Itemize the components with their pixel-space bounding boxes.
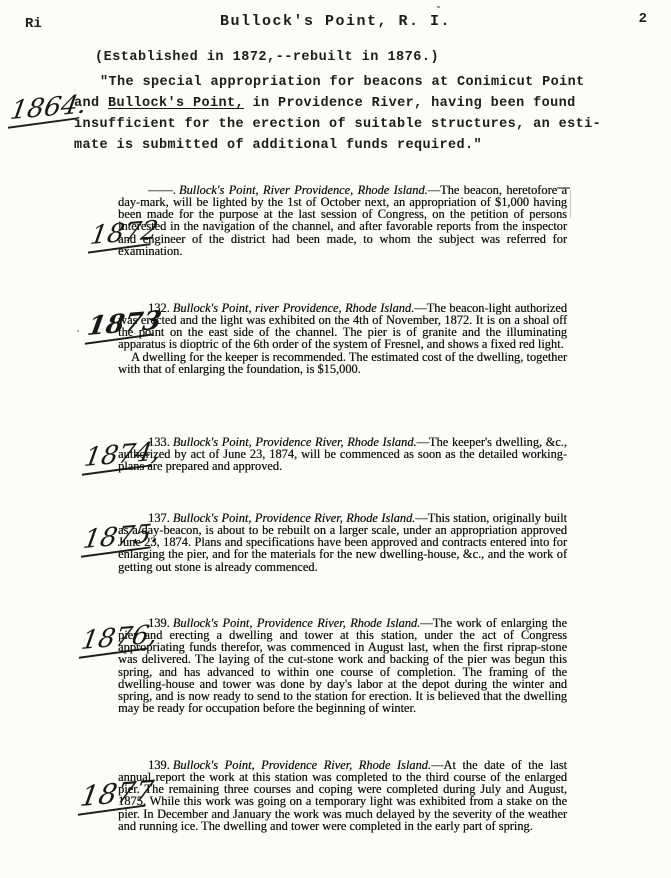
quote-line-1: "The special appropriation for beacons a… xyxy=(74,72,601,93)
entry-1875: 137.Bullock's Point, Providence River, R… xyxy=(118,512,567,573)
document-page: Ri Bullock's Point, R. I. 2 (Established… xyxy=(0,0,671,878)
scan-artifact-dash xyxy=(557,187,570,189)
scan-artifact-line xyxy=(570,190,571,218)
entry-1876: 139.Bullock's Point, Providence River, R… xyxy=(118,617,567,714)
entry-1877: 139.Bullock's Point, Providence River, R… xyxy=(118,759,567,832)
entry-paragraph: 132.Bullock's Point, river Providence, R… xyxy=(118,302,567,351)
quote-line-2-after: in Providence River, having been found xyxy=(244,96,576,111)
appropriation-quote: "The special appropriation for beacons a… xyxy=(74,72,601,156)
quote-line-2: and Bullock's Point, in Providence River… xyxy=(74,93,601,114)
scan-artifact-speck xyxy=(437,6,440,8)
entry-text: —At the date of the last annual report t… xyxy=(118,758,567,833)
scan-artifact-speck xyxy=(77,330,79,332)
entry-paragraph: 133.Bullock's Point, Providence River, R… xyxy=(118,436,567,472)
entry-text: —The beacon, heretofore a day-mark, will… xyxy=(118,183,567,258)
entry-paragraph: 137.Bullock's Point, Providence River, R… xyxy=(118,512,567,573)
entry-paragraph: ——.Bullock's Point, River Providence, Rh… xyxy=(118,184,567,257)
entry-1874: 133.Bullock's Point, Providence River, R… xyxy=(118,436,567,472)
established-line: (Established in 1872,--rebuilt in 1876.) xyxy=(95,50,439,65)
page-title: Bullock's Point, R. I. xyxy=(0,13,671,30)
entry-text: —The work of enlarging the pier and erec… xyxy=(118,616,567,715)
quote-line-3: insufficient for the erection of suitabl… xyxy=(74,114,601,135)
quote-line-2-underlined: Bullock's Point, xyxy=(108,96,244,111)
entry-1872: ——.Bullock's Point, River Providence, Rh… xyxy=(118,184,567,257)
entry-paragraph: 139.Bullock's Point, Providence River, R… xyxy=(118,759,567,832)
entry-paragraph-2: A dwelling for the keeper is recommended… xyxy=(118,351,567,375)
page-number: 2 xyxy=(639,11,647,27)
entry-1873: 132.Bullock's Point, river Providence, R… xyxy=(118,302,567,375)
entry-paragraph: 139.Bullock's Point, Providence River, R… xyxy=(118,617,567,714)
quote-line-4: mate is submitted of additional funds re… xyxy=(74,135,601,156)
